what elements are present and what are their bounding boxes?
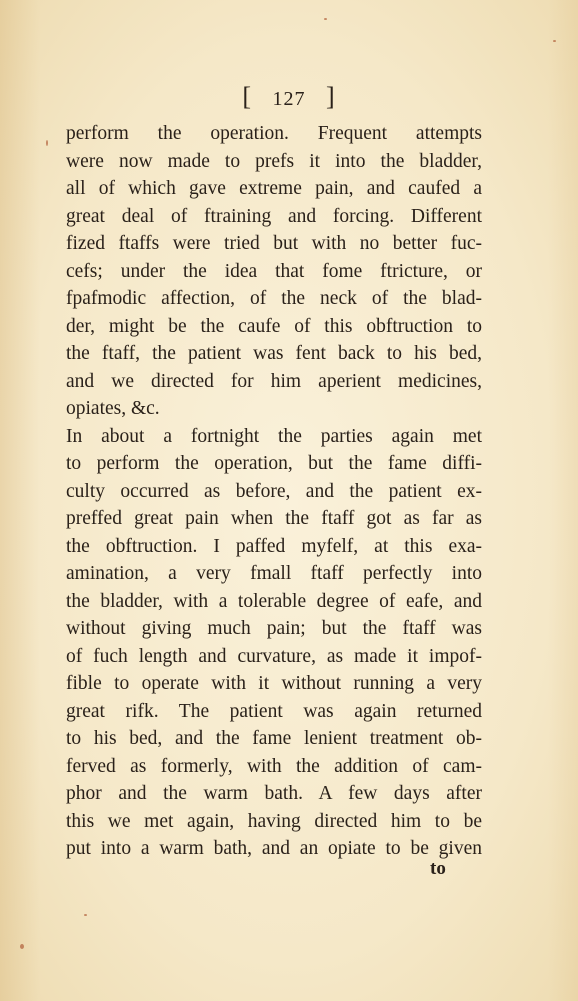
text-line: der, might be the caufe of this obftruct… xyxy=(66,313,482,341)
right-bracket: ] xyxy=(326,82,336,111)
page-body-text: perform the operation. Frequent attempts… xyxy=(66,120,482,863)
text-line: culty occurred as before, and the patien… xyxy=(66,478,482,506)
text-line: amination, a very fmall ftaff perfectly … xyxy=(66,560,482,588)
text-line: cefs; under the idea that fome ftricture… xyxy=(66,258,482,286)
text-line: ferved as formerly, with the addition of… xyxy=(66,753,482,781)
text-line: the ftaff, the patient was fent back to … xyxy=(66,340,482,368)
left-bracket: [ xyxy=(242,82,252,111)
text-line: fized ftaffs were tried but with no bett… xyxy=(66,230,482,258)
text-line: the obftruction. I paffed myfelf, at thi… xyxy=(66,533,482,561)
text-line-paragraph-end: opiates, &c. xyxy=(66,395,482,423)
text-line: preffed great pain when the ftaff got as… xyxy=(66,505,482,533)
text-line: the bladder, with a tolerable degree of … xyxy=(66,588,482,616)
paper-speck xyxy=(324,18,327,20)
text-line: great rifk. The patient was again return… xyxy=(66,698,482,726)
page-header: [ 127 ] xyxy=(0,82,578,112)
paper-speck xyxy=(20,944,24,949)
text-line: without giving much pain; but the ftaff … xyxy=(66,615,482,643)
paper-speck xyxy=(553,40,556,42)
text-line: put into a warm bath, and an opiate to b… xyxy=(66,835,482,863)
book-page: [ 127 ] perform the operation. Frequent … xyxy=(0,0,578,1001)
catchword: to xyxy=(430,858,446,880)
text-line: great deal of ftraining and forcing. Dif… xyxy=(66,203,482,231)
paragraph-first-line: In about a fortnight the parties again m… xyxy=(66,426,482,447)
paper-speck xyxy=(84,914,87,916)
text-line: to perform the operation, but the fame d… xyxy=(66,450,482,478)
text-line: phor and the warm bath. A few days after xyxy=(66,780,482,808)
text-line: perform the operation. Frequent attempts xyxy=(66,120,482,148)
page-number: 127 xyxy=(273,88,306,110)
text-line: and we directed for him aperient medicin… xyxy=(66,368,482,396)
text-line: of fuch length and curvature, as made it… xyxy=(66,643,482,671)
text-line: were now made to prefs it into the bladd… xyxy=(66,148,482,176)
paper-speck xyxy=(46,140,48,146)
text-line: fpafmodic affection, of the neck of the … xyxy=(66,285,482,313)
text-line: fible to operate with it without running… xyxy=(66,670,482,698)
text-line: to his bed, and the fame lenient treatme… xyxy=(66,725,482,753)
text-line: all of which gave extreme pain, and cauf… xyxy=(66,175,482,203)
text-line-paragraph-start: In about a fortnight the parties again m… xyxy=(66,423,482,451)
text-line: this we met again, having directed him t… xyxy=(66,808,482,836)
